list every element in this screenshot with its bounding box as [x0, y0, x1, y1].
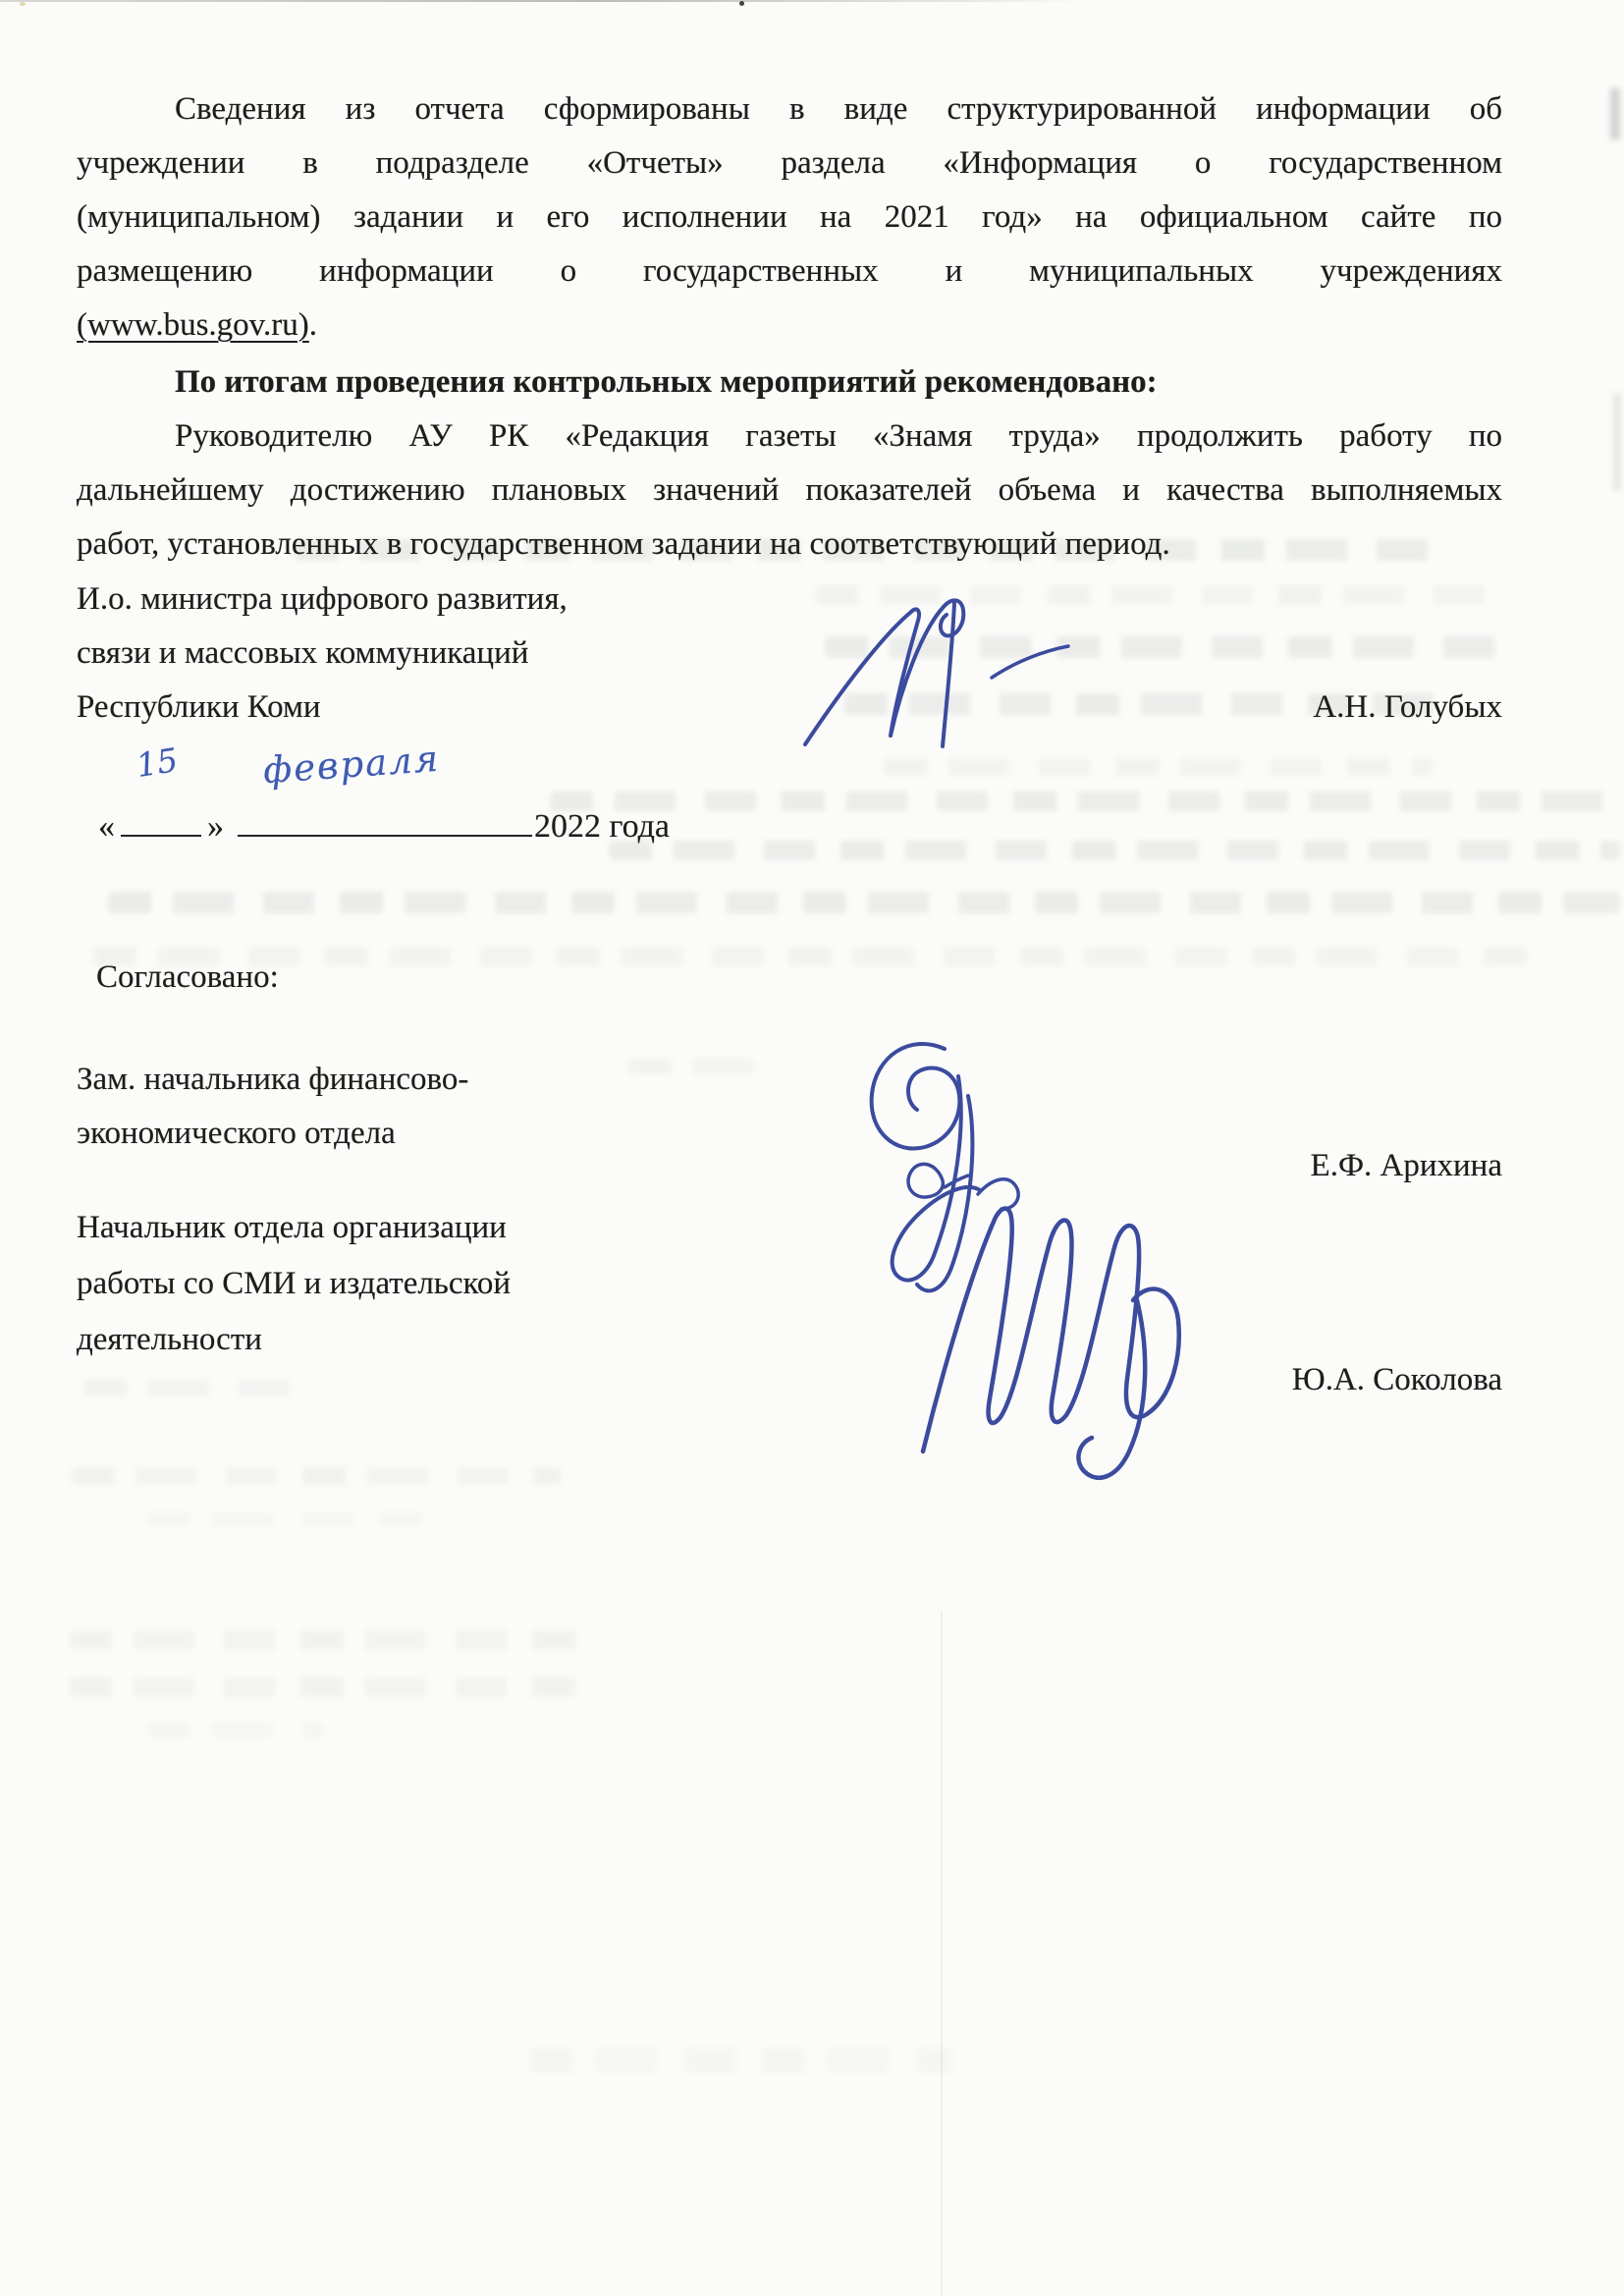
media-head-title: Начальник отдела организации работы со С… — [77, 1200, 823, 1368]
scan-speck — [739, 1, 744, 6]
date-line: «15»февраля2022 года — [98, 788, 982, 856]
finance-officer-name: Е.Ф. Арихина — [77, 1139, 1502, 1193]
bleed-through-text — [530, 2048, 952, 2073]
recommendations-section: По итогам проведения контрольных меропри… — [77, 355, 1502, 572]
open-quote: « — [98, 808, 115, 845]
agreed-text: Согласовано: — [96, 951, 1522, 1005]
title-line: Зам. начальника финансово- — [77, 1053, 823, 1107]
close-quote: » — [207, 808, 224, 845]
paragraph-line: (муниципальном) задании и его исполнении… — [77, 191, 1502, 245]
title-line: И.о. министра цифрового развития, — [77, 573, 823, 627]
bleed-through-text — [69, 1630, 579, 1650]
paragraph-line: Руководителю АУ РК «Редакция газеты «Зна… — [77, 410, 1502, 464]
bleed-through-text — [69, 1677, 589, 1697]
paragraph-report-info: Сведения из отчета сформированы в виде с… — [77, 82, 1502, 353]
scanned-document-page: Сведения из отчета сформированы в виде с… — [0, 0, 1624, 2296]
bus-gov-ru-url: (www.bus.gov.ru) — [77, 307, 309, 343]
paragraph-line: учреждении в подразделе «Отчеты» раздела… — [77, 137, 1502, 191]
paragraph-line: Сведения из отчета сформированы в виде с… — [77, 82, 1502, 137]
handwritten-month: февраля — [261, 729, 442, 801]
paragraph-line: работ, установленных в государственном з… — [77, 518, 1502, 572]
media-head-name: Ю.А. Соколова — [77, 1353, 1502, 1407]
scan-smudge — [1613, 393, 1621, 491]
paragraph-line: дальнейшему достижению плановых значений… — [77, 464, 1502, 518]
paragraph-line: размещению информации о государственных … — [77, 245, 1502, 299]
bleed-through-text — [147, 1722, 324, 1738]
title-line: Начальник отдела организации — [77, 1200, 823, 1256]
scan-edge-artifact — [0, 0, 1080, 2]
title-line: связи и массовых коммуникаций — [77, 627, 823, 681]
day-blank: 15 — [121, 788, 201, 837]
bleed-through-text — [108, 892, 1620, 913]
bleed-through-text — [147, 1512, 432, 1526]
bleed-through-text — [71, 1467, 562, 1485]
scan-speck — [20, 2, 26, 6]
agreed-label: Согласовано: — [96, 951, 1522, 1005]
recommendations-heading: По итогам проведения контрольных меропри… — [77, 355, 1502, 410]
paragraph-line: (www.bus.gov.ru). — [77, 299, 1502, 353]
minister-name: А.Н. Голубых — [77, 681, 1502, 735]
handwritten-day: 15 — [132, 730, 182, 796]
title-line: работы со СМИ и издательской — [77, 1256, 823, 1312]
signature-sokolova — [882, 1151, 1274, 1495]
sentence-period: . — [309, 307, 317, 343]
year-text: 2022 года — [534, 808, 670, 845]
paper-fold-line — [941, 1611, 943, 2296]
scan-smudge — [1610, 88, 1620, 139]
month-blank: февраля — [238, 788, 532, 837]
signature-golubykh — [797, 585, 1111, 762]
